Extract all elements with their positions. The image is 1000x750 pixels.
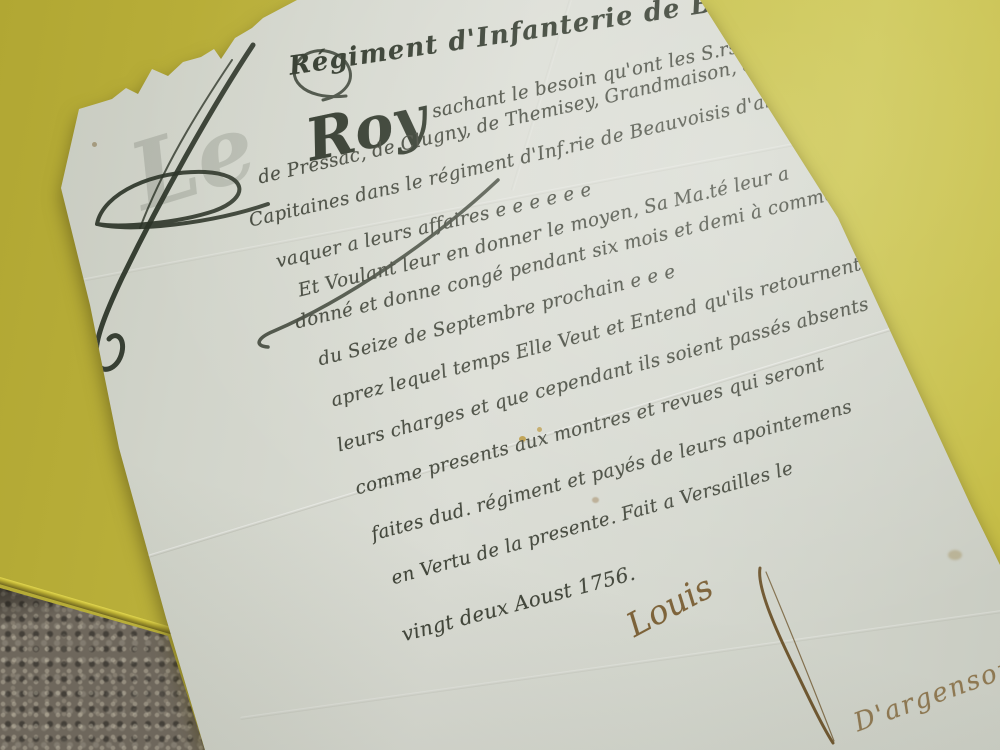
paper-stain <box>92 142 97 147</box>
manuscript-paper: Régiment d'Infanterie de Beauvoisis Le R… <box>0 0 1000 750</box>
heading-word-le: Le <box>118 92 268 231</box>
document-header: Régiment d'Infanterie de Beauvoisis <box>287 0 859 82</box>
manuscript-paper-shadow: Régiment d'Infanterie de Beauvoisis Le R… <box>0 0 1000 750</box>
photo-of-manuscript: Régiment d'Infanterie de Beauvoisis Le R… <box>0 0 1000 750</box>
louis-paraph <box>760 568 833 743</box>
paper-stain <box>592 497 599 503</box>
louis-paraph-return <box>766 572 834 741</box>
signature-dargenson: D'argenson <box>850 652 1000 738</box>
paper-stain <box>948 550 962 560</box>
paper-stain <box>55 146 63 152</box>
